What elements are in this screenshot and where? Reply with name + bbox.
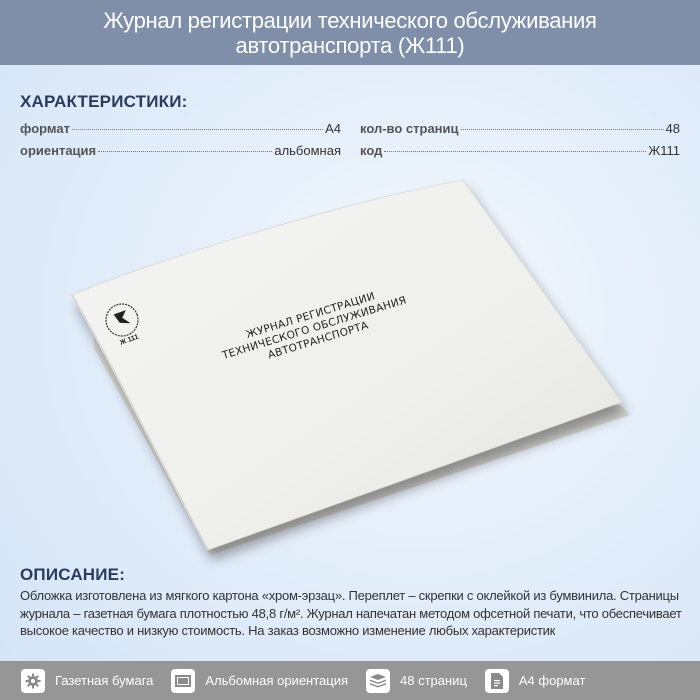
spec-label: кол-во страниц xyxy=(360,121,459,136)
page-title-line2: автотранспорта (Ж111) xyxy=(0,33,700,58)
feature-bar: Газетная бумага Альбомная ориентация 48 … xyxy=(0,661,700,700)
feature-label: Газетная бумага xyxy=(55,673,153,688)
spec-label: ориентация xyxy=(20,143,96,158)
characteristics-title: ХАРАКТЕРИСТИКИ: xyxy=(20,92,188,112)
layers-icon xyxy=(366,669,390,693)
feature-orientation: Альбомная ориентация xyxy=(171,669,348,693)
feature-label: 48 страниц xyxy=(400,673,467,688)
spec-value: альбомная xyxy=(274,143,341,158)
journal-book-illustration: Ж 111 ЖУРНАЛ РЕГИСТРАЦИИ ТЕХНИЧЕСКОГО ОБ… xyxy=(50,170,650,570)
feature-label: А4 формат xyxy=(519,673,586,688)
spec-dots xyxy=(384,151,646,152)
document-icon xyxy=(485,669,509,693)
gear-icon xyxy=(21,669,45,693)
description-title: ОПИСАНИЕ: xyxy=(20,565,125,585)
feature-label: Альбомная ориентация xyxy=(205,673,348,688)
specs-left: формат А4 ориентация альбомная xyxy=(20,121,341,165)
spec-row-format: формат А4 xyxy=(20,121,341,143)
landscape-icon xyxy=(171,669,195,693)
specs-right: кол-во страниц 48 код Ж111 xyxy=(360,121,680,165)
page-title-line1: Журнал регистрации технического обслужив… xyxy=(0,8,700,33)
spec-row-orientation: ориентация альбомная xyxy=(20,143,341,165)
spec-label: формат xyxy=(20,121,70,136)
feature-paper: Газетная бумага xyxy=(21,669,153,693)
spec-dots xyxy=(72,129,323,130)
spec-value: А4 xyxy=(325,121,341,136)
spec-label: код xyxy=(360,143,382,158)
product-image: Ж 111 ЖУРНАЛ РЕГИСТРАЦИИ ТЕХНИЧЕСКОГО ОБ… xyxy=(50,170,650,570)
spec-row-code: код Ж111 xyxy=(360,143,680,165)
spec-value: Ж111 xyxy=(648,143,680,158)
spec-dots xyxy=(461,129,664,130)
feature-pages: 48 страниц xyxy=(366,669,467,693)
feature-format: А4 формат xyxy=(485,669,586,693)
description-text: Обложка изготовлена из мягкого картона «… xyxy=(20,587,685,640)
spec-dots xyxy=(98,151,272,152)
spec-value: 48 xyxy=(666,121,680,136)
spec-row-pages: кол-во страниц 48 xyxy=(360,121,680,143)
page-header: Журнал регистрации технического обслужив… xyxy=(0,0,700,65)
